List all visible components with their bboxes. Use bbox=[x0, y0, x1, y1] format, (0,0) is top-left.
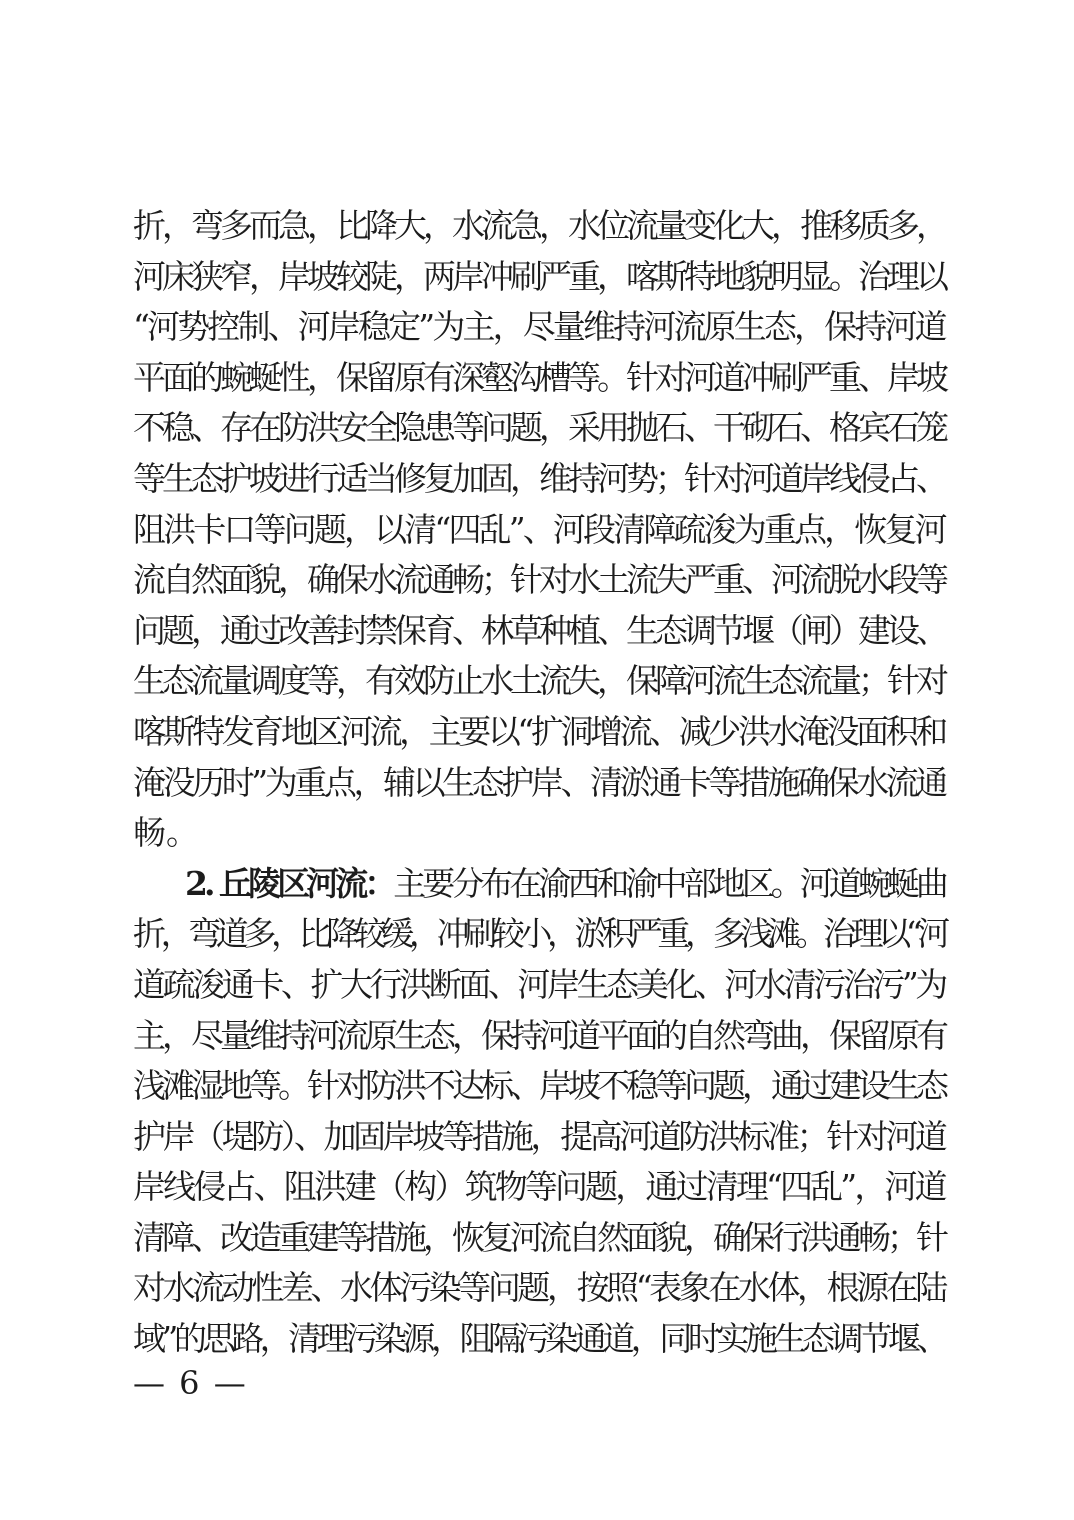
text-line: 浅滩湿地等。针对防洪不达标、岸坡不稳等问题，通过建设生态 bbox=[133, 1061, 945, 1112]
text-line: 对水流动性差、水体污染等问题，按照“表象在水体，根源在陆 bbox=[133, 1263, 945, 1314]
document-page: 折，弯多而急，比降大，水流急，水位流量变化大，推移质多，河床狭窄，岸坡较陡，两岸… bbox=[0, 0, 1074, 1520]
text-line: 域”的思路，清理污染源，阻隔污染通道，同时实施生态调节堰、 bbox=[133, 1314, 945, 1365]
text-line: 流自然面貌，确保水流通畅；针对水土流失严重、河流脱水段等 bbox=[133, 555, 945, 606]
text-line: 等生态护坡进行适当修复加固，维持河势；针对河道岸线侵占、 bbox=[133, 454, 945, 505]
text-line: 不稳、存在防洪安全隐患等问题，采用抛石、干砌石、格宾石笼 bbox=[133, 403, 945, 454]
text-line: 生态流量调度等，有效防止水土流失，保障河流生态流量；针对 bbox=[133, 656, 945, 707]
text-line: 道疏浚通卡、扩大行洪断面、河岸生态美化、河水清污治污”为 bbox=[133, 960, 945, 1011]
text-line: 折，弯道多，比降较缓，冲刷较小，淤积严重，多浅滩。治理以“河 bbox=[133, 909, 945, 960]
text-line: 喀斯特发育地区河流，主要以“扩洞增流、减少洪水淹没面积和 bbox=[133, 707, 945, 758]
body-text: 折，弯多而急，比降大，水流急，水位流量变化大，推移质多，河床狭窄，岸坡较陡，两岸… bbox=[133, 201, 945, 1365]
text-line: “河势控制、河岸稳定”为主，尽量维持河流原生态，保持河道 bbox=[133, 302, 945, 353]
paragraph-indent bbox=[133, 894, 185, 895]
text-line: 问题，通过改善封禁保育、林草种植、生态调节堰（闸）建设、 bbox=[133, 606, 945, 657]
text-line: 2. 丘陵区河流：主要分布在渝西和渝中部地区。河道蜿蜒曲 bbox=[133, 859, 945, 910]
text-line: 护岸（堤防）、加固岸坡等措施，提高河道防洪标准；针对河道 bbox=[133, 1112, 945, 1163]
text-line: 淹没历时”为重点，辅以生态护岸、清淤通卡等措施确保水流通 bbox=[133, 758, 945, 809]
text-line: 平面的蜿蜒性，保留原有深壑沟槽等。针对河道冲刷严重、岸坡 bbox=[133, 353, 945, 404]
text-line: 折，弯多而急，比降大，水流急，水位流量变化大，推移质多， bbox=[133, 201, 945, 252]
text-line: 清障、改造重建等措施，恢复河流自然面貌，确保行洪通畅；针 bbox=[133, 1213, 945, 1264]
page-number: — 6 — bbox=[133, 1358, 248, 1409]
text-line: 河床狭窄，岸坡较陡，两岸冲刷严重，喀斯特地貌明显。治理以 bbox=[133, 252, 945, 303]
text-line: 阻洪卡口等问题，以清“四乱”、河段清障疏浚为重点，恢复河 bbox=[133, 505, 945, 556]
text-line: 畅。 bbox=[133, 808, 945, 859]
text-line: 主，尽量维持河流原生态，保持河道平面的自然弯曲，保留原有 bbox=[133, 1011, 945, 1062]
text-line: 岸线侵占、阻洪建（构）筑物等问题，通过清理“四乱”，河道 bbox=[133, 1162, 945, 1213]
section-heading: 2. 丘陵区河流： bbox=[185, 864, 393, 903]
